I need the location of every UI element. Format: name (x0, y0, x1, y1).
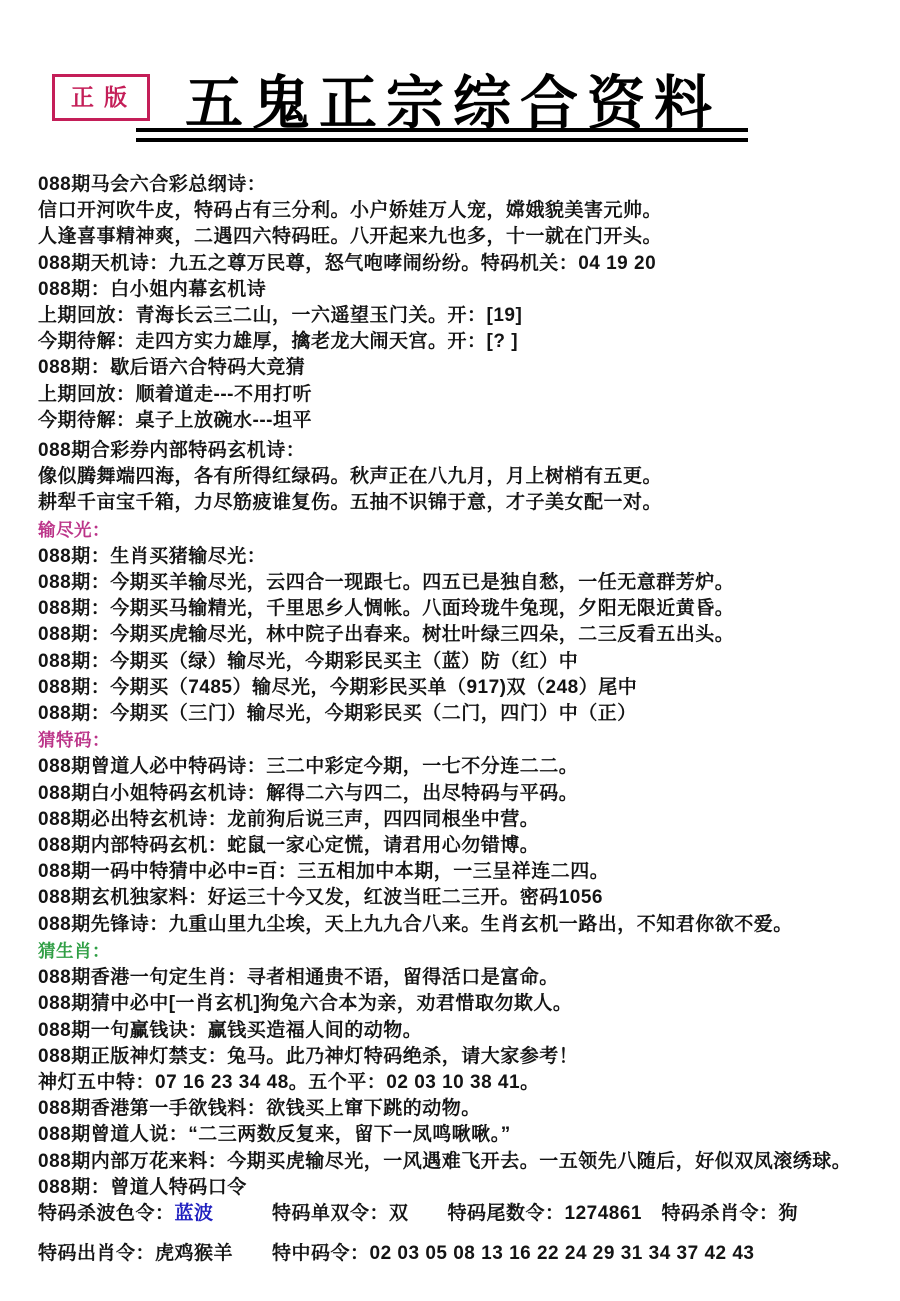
text-segment: 088期：生肖买猪输尽光： (38, 546, 266, 567)
text-segment: 088期香港第一手欲钱料：欲钱买上窜下跳的动物。 (38, 1098, 481, 1119)
text-line: 088期内部万花来料：今期买虎输尽光，一风遇难飞开去。一五领先八随后，好似双凤滚… (38, 1149, 888, 1175)
text-segment: 088期内部特码玄机：蛇鼠一家心定慌，请君用心勿错博。 (38, 835, 539, 856)
text-line: 088期猜中必中[一肖玄机]狗兔六合本为亲，劝君惜取勿欺人。 (38, 991, 888, 1017)
text-segment: 输尽光： (38, 520, 110, 540)
text-segment: 088期：今期买（三门）输尽光，今期彩民买（二门，四门）中（正） (38, 703, 637, 724)
text-segment: 猜生肖： (38, 941, 110, 961)
text-line: 088期：今期买（7485）输尽光，今期彩民买单（917)双（248）尾中 (38, 675, 888, 701)
text-segment: 088期曾道人必中特码诗：三二中彩定今期，一七不分连二二。 (38, 756, 578, 777)
text-line: 今期待解：走四方实力雄厚，擒老龙大闹天宫。开：[? ] (38, 329, 888, 355)
text-segment: 人逢喜事精神爽，二遇四六特码旺。八开起来九也多，十一就在门开头。 (38, 226, 662, 247)
text-segment: 像似腾舞端四海，各有所得红绿码。秋声正在八九月，月上树梢有五更。 (38, 466, 662, 487)
text-segment: 信口开河吹牛皮，特码占有三分利。小户娇娃万人宠，嫦娥貌美害元帅。 (38, 200, 662, 221)
section-header-caishengxiao: 猜生肖： (38, 938, 888, 965)
text-line: 088期：今期买羊输尽光，云四合一现跟七。四五已是独自愁，一任无意群芳炉。 (38, 570, 888, 596)
genuine-badge: 正版 (52, 74, 150, 121)
text-segment: 088期香港一句定生肖：寻者相通贵不语，留得活口是富命。 (38, 967, 559, 988)
text-line: 神灯五中特：07 16 23 34 48。五个平：02 03 10 38 41。 (38, 1070, 888, 1096)
page: 正版 五鬼正宗综合资料 088期马会六合彩总纲诗：信口开河吹牛皮，特码占有三分利… (0, 0, 900, 1301)
text-line: 088期：歇后语六合特码大竞猜 (38, 355, 888, 381)
text-line: 人逢喜事精神爽，二遇四六特码旺。八开起来九也多，十一就在门开头。 (38, 224, 888, 250)
text-line: 上期回放：顺着道走---不用打听 (38, 382, 888, 408)
section-header-caitema: 猜特码： (38, 727, 888, 754)
text-line: 088期天机诗：九五之尊万民尊，怒气咆哮闹纷纷。特码机关：04 19 20 (38, 251, 888, 277)
text-line: 088期先锋诗：九重山里九尘埃，天上九九合八来。生肖玄机一路出，不知君你欲不爱。 (38, 912, 888, 938)
text-line: 088期玄机独家料：好运三十今又发，红波当旺二三开。密码1056 (38, 885, 888, 911)
text-segment: 088期先锋诗：九重山里九尘埃，天上九九合八来。生肖玄机一路出，不知君你欲不爱。 (38, 914, 793, 935)
text-segment: 088期内部万花来料：今期买虎输尽光，一风遇难飞开去。一五领先八随后，好似双凤滚… (38, 1151, 851, 1172)
text-segment: 088期白小姐特码玄机诗：解得二六与四二，出尽特码与平码。 (38, 783, 578, 804)
text-segment: 特码单双令：双 特码尾数令：1274861 特码杀肖令：狗 (214, 1203, 798, 1224)
text-line: 088期白小姐特码玄机诗：解得二六与四二，出尽特码与平码。 (38, 781, 888, 807)
text-line: 信口开河吹牛皮，特码占有三分利。小户娇娃万人宠，嫦娥貌美害元帅。 (38, 198, 888, 224)
text-line: 088期香港一句定生肖：寻者相通贵不语，留得活口是富命。 (38, 965, 888, 991)
text-segment: 088期：今期买羊输尽光，云四合一现跟七。四五已是独自愁，一任无意群芳炉。 (38, 572, 734, 593)
title-double-underline (136, 128, 748, 142)
text-segment: 088期正版神灯禁支：兔马。此乃神灯特码绝杀，请大家参考！ (38, 1046, 578, 1067)
text-segment: 神灯五中特：07 16 23 34 48。五个平：02 03 10 38 41。 (38, 1072, 540, 1093)
text-segment: 088期：今期买马输精光，千里思乡人惆帐。八面玲珑牛兔现，夕阳无限近黄昏。 (38, 598, 734, 619)
text-segment: 088期：今期买（7485）输尽光，今期彩民买单（917)双（248）尾中 (38, 677, 637, 698)
text-line: 088期必出特玄机诗：龙前狗后说三声，四四同根坐中营。 (38, 807, 888, 833)
text-segment: 088期猜中必中[一肖玄机]狗兔六合本为亲，劝君惜取勿欺人。 (38, 993, 572, 1014)
text-line: 088期一句赢钱诀：赢钱买造福人间的动物。 (38, 1018, 888, 1044)
text-segment: 上期回放：青海长云三二山，一六遥望玉门关。开：[19] (38, 305, 522, 326)
text-line: 上期回放：青海长云三二山，一六遥望玉门关。开：[19] (38, 303, 888, 329)
text-line: 耕犁千亩宝千箱，力尽筋疲谁复伤。五抽不识锦于意，才子美女配一对。 (38, 490, 888, 516)
text-line: 088期曾道人必中特码诗：三二中彩定今期，一七不分连二二。 (38, 754, 888, 780)
text-line: 088期：曾道人特码口令 (38, 1175, 888, 1201)
text-segment: 088期合彩券内部特码玄机诗： (38, 440, 305, 461)
text-line: 088期内部特码玄机：蛇鼠一家心定慌，请君用心勿错博。 (38, 833, 888, 859)
text-segment: 088期玄机独家料：好运三十今又发，红波当旺二三开。密码1056 (38, 887, 603, 908)
text-segment: 特码杀波色令： (38, 1203, 175, 1224)
text-line: 像似腾舞端四海，各有所得红绿码。秋声正在八九月，月上树梢有五更。 (38, 464, 888, 490)
header: 正版 五鬼正宗综合资料 (0, 0, 900, 158)
text-line: 088期正版神灯禁支：兔马。此乃神灯特码绝杀，请大家参考！ (38, 1044, 888, 1070)
text-segment: 上期回放：顺着道走---不用打听 (38, 384, 312, 405)
text-line: 088期：今期买马输精光，千里思乡人惆帐。八面玲珑牛兔现，夕阳无限近黄昏。 (38, 596, 888, 622)
text-line: 088期：白小姐内幕玄机诗 (38, 277, 888, 303)
text-segment: 088期曾道人说：“二三两数反复来，留下一凤鸣啾啾。” (38, 1124, 511, 1145)
text-segment: 今期待解：走四方实力雄厚，擒老龙大闹天宫。开：[? ] (38, 331, 518, 352)
text-line: 088期香港第一手欲钱料：欲钱买上窜下跳的动物。 (38, 1096, 888, 1122)
text-line: 088期马会六合彩总纲诗： (38, 172, 888, 198)
text-segment: 088期：今期买虎输尽光，林中院子出春来。树壮叶绿三四朵，二三反看五出头。 (38, 624, 734, 645)
text-segment: 088期必出特玄机诗：龙前狗后说三声，四四同根坐中营。 (38, 809, 539, 830)
section-header-shujinguang: 输尽光： (38, 517, 888, 544)
text-line: 088期：今期买（三门）输尽光，今期彩民买（二门，四门）中（正） (38, 701, 888, 727)
text-segment: 088期一句赢钱诀：赢钱买造福人间的动物。 (38, 1020, 422, 1041)
text-segment: 088期一码中特猜中必中=百：三五相加中本期，一三呈祥连二四。 (38, 861, 609, 882)
text-segment: 088期马会六合彩总纲诗： (38, 174, 266, 195)
content-lines: 088期马会六合彩总纲诗：信口开河吹牛皮，特码占有三分利。小户娇娃万人宠，嫦娥貌… (38, 172, 888, 1267)
text-line: 特码出肖令：虎鸡猴羊 特中码令：02 03 05 08 13 16 22 24 … (38, 1241, 888, 1267)
text-line: 特码杀波色令：蓝波 特码单双令：双 特码尾数令：1274861 特码杀肖令：狗 (38, 1201, 888, 1227)
text-line: 088期：生肖买猪输尽光： (38, 544, 888, 570)
text-line: 088期一码中特猜中必中=百：三五相加中本期，一三呈祥连二四。 (38, 859, 888, 885)
text-line: 088期合彩券内部特码玄机诗： (38, 438, 888, 464)
text-segment: 耕犁千亩宝千箱，力尽筋疲谁复伤。五抽不识锦于意，才子美女配一对。 (38, 492, 662, 513)
text-segment: 088期：曾道人特码口令 (38, 1177, 247, 1198)
text-segment: 今期待解：桌子上放碗水---坦平 (38, 410, 312, 431)
text-line: 088期：今期买（绿）输尽光，今期彩民买主（蓝）防（红）中 (38, 649, 888, 675)
text-line: 088期曾道人说：“二三两数反复来，留下一凤鸣啾啾。” (38, 1122, 888, 1148)
highlight-blue-text: 蓝波 (175, 1203, 214, 1224)
text-segment: 088期天机诗：九五之尊万民尊，怒气咆哮闹纷纷。特码机关：04 19 20 (38, 253, 656, 274)
text-line: 088期：今期买虎输尽光，林中院子出春来。树壮叶绿三四朵，二三反看五出头。 (38, 622, 888, 648)
text-segment: 088期：今期买（绿）输尽光，今期彩民买主（蓝）防（红）中 (38, 651, 578, 672)
text-segment: 088期：歇后语六合特码大竞猜 (38, 357, 305, 378)
text-line: 今期待解：桌子上放碗水---坦平 (38, 408, 888, 434)
text-segment: 猜特码： (38, 730, 110, 750)
text-segment: 088期：白小姐内幕玄机诗 (38, 279, 266, 300)
text-segment: 特码出肖令：虎鸡猴羊 特中码令：02 03 05 08 13 16 22 24 … (38, 1243, 755, 1264)
